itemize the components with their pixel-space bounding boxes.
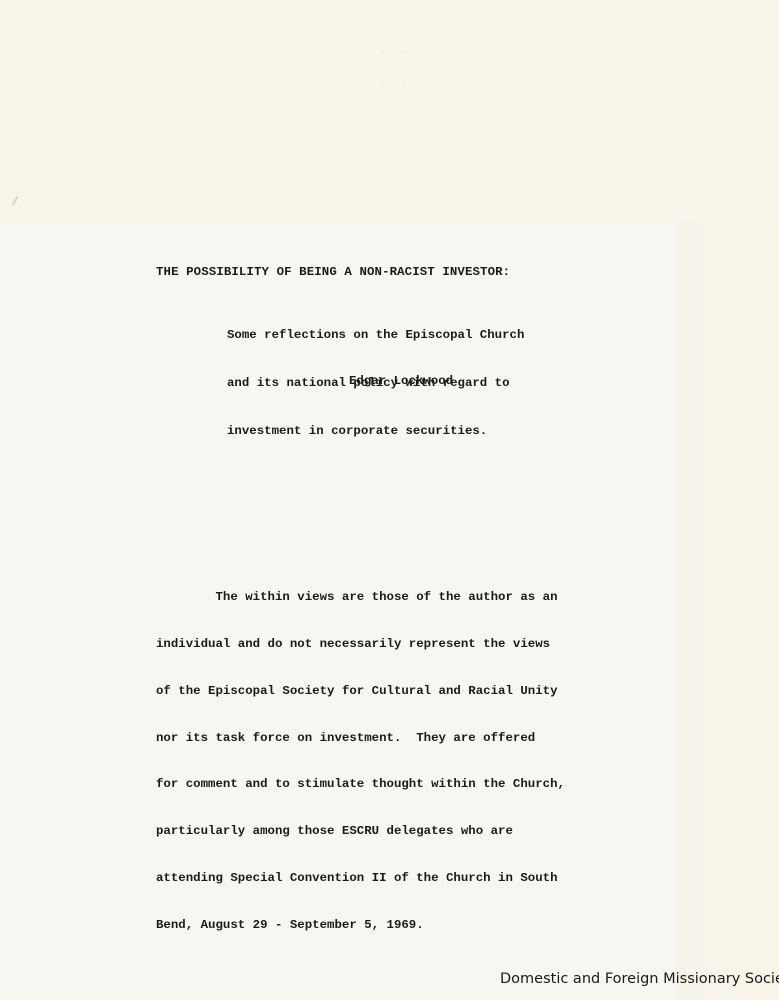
subtitle-line: Some reflections on the Episcopal Church bbox=[227, 327, 524, 343]
faint-marks: ∙ ∙∙ ∙ bbox=[380, 48, 420, 108]
scanned-page: ∙ ∙∙ ∙ THE POSSIBILITY OF BEING A NON-RA… bbox=[0, 0, 779, 1000]
subtitle-line: investment in corporate securities. bbox=[227, 423, 524, 439]
disclaimer-line: Bend, August 29 - September 5, 1969. bbox=[156, 918, 565, 934]
archive-watermark: Domestic and Foreign Missionary Society bbox=[500, 971, 779, 987]
disclaimer-line: particularly among those ESCRU delegates… bbox=[156, 824, 565, 840]
disclaimer-line: The within views are those of the author… bbox=[156, 590, 565, 606]
disclaimer-line: nor its task force on investment. They a… bbox=[156, 731, 565, 747]
disclaimer-line: for comment and to stimulate thought wit… bbox=[156, 777, 565, 793]
paper-edge bbox=[675, 222, 779, 1000]
author-name: Edgar Lockwood bbox=[349, 374, 453, 388]
disclaimer-line: individual and do not necessarily repres… bbox=[156, 637, 565, 653]
document-title: THE POSSIBILITY OF BEING A NON-RACIST IN… bbox=[156, 265, 510, 279]
disclaimer-line: attending Special Convention II of the C… bbox=[156, 871, 565, 887]
disclaimer-line: of the Episcopal Society for Cultural an… bbox=[156, 684, 565, 700]
pencil-mark bbox=[12, 196, 19, 206]
disclaimer-paragraph: The within views are those of the author… bbox=[156, 559, 565, 964]
